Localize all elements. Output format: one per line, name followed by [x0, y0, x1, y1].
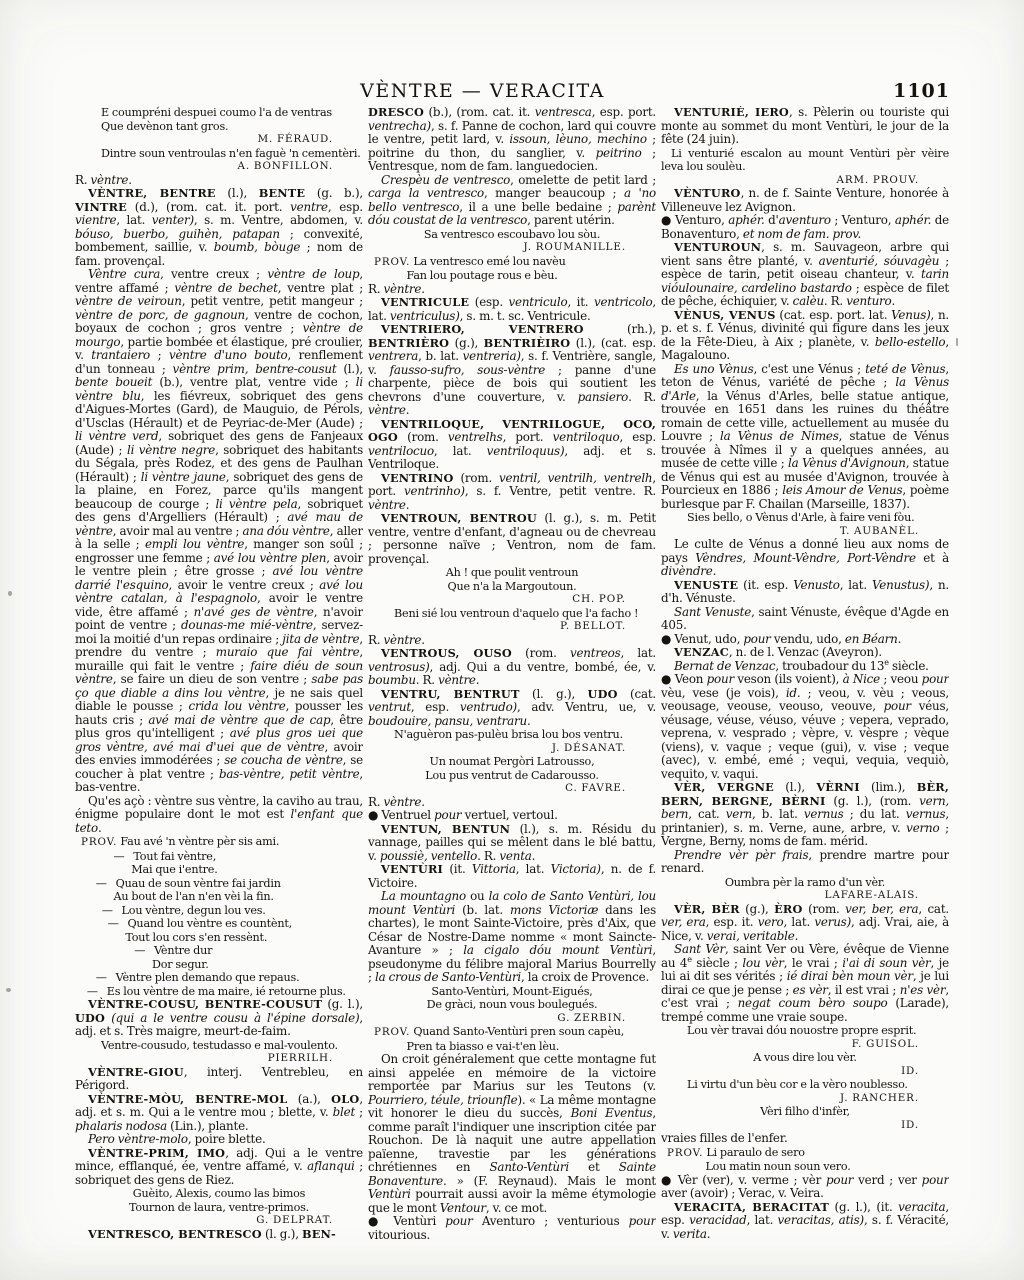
dictionary-entry: VENTUN, BENTUN (l.), s. m. Résidu du van… — [368, 823, 656, 864]
scan-speck — [6, 988, 11, 992]
dictionary-entry: VENTRU, BENTRUT (l. g.), UDO (cat. ventr… — [368, 688, 656, 729]
dictionary-entry: VÈNTRE, BENTRE (l.), BENTE (g. b.), VINT… — [75, 187, 363, 268]
bullet-block: ● Ventùri pour Aventuro ; venturious pou… — [368, 1215, 656, 1242]
dictionary-entry: VERACITA, BERACITAT (g. l.), (it. veraci… — [661, 1201, 949, 1242]
prov-block: PROV. Quand Santo-Ventùri pren soun capè… — [368, 1025, 656, 1053]
verse-block: Sies bello, o Vènus d'Arle, à faire veni… — [661, 511, 949, 525]
attrib-block: M. FÉRAUD. — [75, 133, 363, 147]
para-block: Pero vèntre-molo, poire blette. — [75, 1133, 363, 1147]
dictionary-entry: VENTROUS, OUSO (rom. ventreos, lat. vent… — [368, 647, 656, 688]
attrib-block: G. DELPRAT. — [75, 1214, 363, 1228]
attrib-block: F. GUISOL. — [661, 1038, 949, 1052]
dictionary-entry: VENUSTE (it. esp. Venusto, lat. Venustus… — [661, 579, 949, 606]
para-block: On croit généralement que cette montagne… — [368, 1053, 656, 1215]
verse-block: Vèri filho d'infèr, — [661, 1105, 949, 1119]
para-block: Le culte de Vénus a donné lieu aux noms … — [661, 538, 949, 579]
ref-block: vraies filles de l'enfer. — [661, 1132, 949, 1146]
dictionary-entry: VENTURIÉ, IERO, s. Pèlerin ou touriste q… — [661, 106, 949, 147]
para-block: La mountagno ou la colo de Santo Ventùri… — [368, 890, 656, 985]
verse-block: Sa ventresco escoubavo lou sòu. — [368, 228, 656, 242]
dictionary-entry: VENTRIERO, VENTRERO (rh.), BENTRIÈRO (g.… — [368, 323, 656, 418]
prov-block: PROV. La ventresco emé lou navèu Fan lou… — [368, 255, 656, 283]
attrib-block: C. FAVRE. — [368, 782, 656, 796]
dictionary-entry: VENTRICULE (esp. ventriculo, it. ventric… — [368, 296, 656, 323]
attrib-block: ID. — [661, 1065, 949, 1079]
prov-block: PROV. Fau avé 'n vèntre pèr sis ami. — T… — [75, 835, 363, 998]
para-block: Prendre vèr pèr frais, prendre martre po… — [661, 849, 949, 876]
verse-block: Santo-Ventùri, Mount-Eigués, De gràci, n… — [368, 985, 656, 1012]
attrib-block: PIERRILH. — [75, 1052, 363, 1066]
dictionary-entry: VÈNTRE-GIOU, interj. Ventrebleu, en Péri… — [75, 1066, 363, 1093]
dictionary-entry: VENTROUN, BENTROU (l. g.), s. m. Petit v… — [368, 512, 656, 566]
verse-block: A vous dire lou vèr. — [661, 1051, 949, 1065]
scan-speck — [956, 338, 958, 346]
ref-block: R. vèntre. — [368, 283, 656, 297]
verse-block: Guèito, Alexis, coumo las bimos Tournon … — [75, 1187, 363, 1214]
text-columns: E coumpréni despuei coumo l'a de ventras… — [75, 106, 950, 1261]
dictionary-entry: DRESCO (b.), (rom. cat. it. ventresca, e… — [368, 106, 656, 174]
bullet-block: ● Vèr (ver), v. verme ; vèr pour verd ; … — [661, 1174, 949, 1201]
verse-block: Dintre soun ventroulas n'en faguè 'n cem… — [75, 147, 363, 161]
bullet-block: ● Veon pour veson (ils voient), à Nice ;… — [661, 673, 949, 781]
verse-block: Ah ! que poulit ventroun Que n'a la Marg… — [368, 566, 656, 593]
attrib-block: LAFARE-ALAIS. — [661, 889, 949, 903]
verse-block: Beni sié lou ventroun d'aquelo que l'a f… — [368, 607, 656, 621]
page-header: VÈNTRE — VERACITA 1101 — [75, 80, 950, 102]
attrib-block: P. BELLOT. — [368, 620, 656, 634]
para-block: Crespèu de ventresco, omelette de petit … — [368, 174, 656, 228]
dictionary-entry: VÈNTRE-PRIM, IMO, adj. Qui a le ventre m… — [75, 1147, 363, 1188]
para-block: Es uno Vènus, c'est une Vénus ; teté de … — [661, 363, 949, 512]
dictionary-entry: VÈR, VERGNE (l.), VÈRNI (lim.), BÈR, BER… — [661, 781, 949, 849]
attrib-block: G. ZERBIN. — [368, 1012, 656, 1026]
dictionary-entry: VÈNUS, VENUS (cat. esp. port. lat. Venus… — [661, 309, 949, 363]
prov-block: PROV. Li paraulo de sero Lou matin noun … — [661, 1146, 949, 1174]
para-block: Sant Vèr, saint Ver ou Vère, évêque de V… — [661, 943, 949, 1024]
para-block: Vèntre cura, ventre creux ; vèntre de lo… — [75, 268, 363, 795]
ref-block: R. vèntre. — [368, 634, 656, 648]
scan-speck — [8, 591, 12, 596]
dictionary-entry: VÈNTURO, n. de f. Sainte Venture, honoré… — [661, 187, 949, 214]
attrib-block: T. AUBANÈL. — [661, 525, 949, 539]
verse-block: Lou vèr travai dóu nouostre propre espri… — [661, 1024, 949, 1038]
quote-block: Li venturié escalon au mount Ventùri pèr… — [661, 147, 949, 174]
verse-block: Ventre-cousudo, testudasso e mal-voulent… — [75, 1039, 363, 1053]
dictionary-entry: VENTRESCO, BENTRESCO (l. g.), BEN- — [75, 1228, 363, 1242]
bullet-block: ● Venut, udo, pour vendu, udo, en Béarn. — [661, 633, 949, 647]
attrib-block: ID. — [661, 1119, 949, 1133]
para-block: Qu'es açò : vèntre sus vèntre, la caviho… — [75, 795, 363, 836]
column-middle: DRESCO (b.), (rom. cat. it. ventresca, e… — [368, 106, 656, 1261]
attrib-block: A. BONFILLON. — [75, 160, 363, 174]
bullet-block: ● Ventruel pour vertuel, vertoul. — [368, 809, 656, 823]
bullet-block: ● Venturo, aphér. d'aventuro ; Venturo, … — [661, 214, 949, 241]
attrib-block: J. RANCHER. — [661, 1092, 949, 1106]
ref-block: R. vèntre. — [368, 796, 656, 810]
column-left: E coumpréni despuei coumo l'a de ventras… — [75, 106, 363, 1261]
dictionary-entry: VÈNTRE-MÒU, BENTRE-MOL (a.), OLO, adj. e… — [75, 1093, 363, 1134]
dictionary-entry: VENTRINO (rom. ventril, ventrilh, ventre… — [368, 472, 656, 513]
ref-block: R. vèntre. — [75, 174, 363, 188]
para-block: Bernat de Venzac, troubadour du 13e sièc… — [661, 660, 949, 674]
verse-block: N'aguèron pas-pulèu brisa lou bos ventru… — [368, 728, 656, 742]
para-block: Sant Venuste, saint Vénuste, évêque d'Ag… — [661, 606, 949, 633]
verse-block: Oumbra pèr la ramo d'un vèr. — [661, 876, 949, 890]
dictionary-entry: VENZAC, n. de l. Venzac (Aveyron). — [661, 646, 949, 660]
dictionary-entry: VÈR, BÈR (g.), ÈRO (rom. ver, ber, era, … — [661, 903, 949, 944]
dictionary-entry: VÈNTRE-COUSU, BENTRE-COUSUT (g. l.), UDO… — [75, 998, 363, 1039]
scanned-dictionary-page: VÈNTRE — VERACITA 1101 E coumpréni despu… — [0, 0, 1024, 1280]
verse-block: Un noumat Pergòri Latrousso, Lou pus ven… — [368, 755, 656, 782]
running-title: VÈNTRE — VERACITA — [75, 80, 890, 102]
column-right: VENTURIÉ, IERO, s. Pèlerin ou touriste q… — [661, 106, 949, 1261]
attrib-block: J. DÉSANAT. — [368, 742, 656, 756]
attrib-block: J. ROUMANILLE. — [368, 241, 656, 255]
dictionary-entry: VENTUROUN, s. m. Sauvageon, arbre qui vi… — [661, 241, 949, 309]
attrib-block: CH. POP. — [368, 593, 656, 607]
verse-block: Li virtu d'un bèu cor e la vèro noubless… — [661, 1078, 949, 1092]
page-number: 1101 — [890, 80, 950, 102]
dictionary-entry: VENTÙRI (it. Vittoria, lat. Victoria), n… — [368, 863, 656, 890]
verse-block: E coumpréni despuei coumo l'a de ventras… — [75, 106, 363, 133]
attrib-block: ARM. PROUV. — [661, 174, 949, 188]
dictionary-entry: VENTRILOQUE, VENTRILOGUE, OCO, OGO (rom.… — [368, 418, 656, 472]
